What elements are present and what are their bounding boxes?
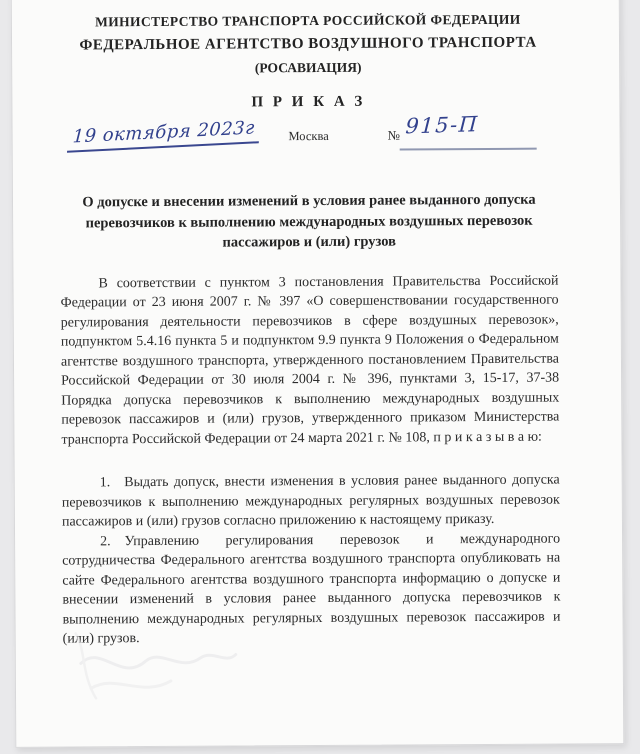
number-sign: № xyxy=(388,127,401,143)
number-underline xyxy=(400,148,537,151)
order-item-2-lead-line: 2. Управлению регулирования перевозок и … xyxy=(62,529,560,552)
date-number-row: 19 октября 2023г Москва № 915-П xyxy=(59,112,557,167)
subject-title: О допуске и внесении изменений в условия… xyxy=(75,190,543,254)
document-scan: МИНИСТЕРСТВО ТРАНСПОРТА РОССИЙСКОЙ ФЕДЕР… xyxy=(0,0,640,754)
preamble-paragraph: В соответствии с пунктом 3 постановления… xyxy=(60,271,559,450)
city-label: Москва xyxy=(60,128,558,146)
faint-stamp xyxy=(60,602,281,723)
document-content: МИНИСТЕРСТВО ТРАНСПОРТА РОССИЙСКОЙ ФЕДЕР… xyxy=(59,0,561,649)
order-item-1: 1. Выдать допуск, внести изменения в усл… xyxy=(62,471,560,533)
order-number-handwritten: 915-П xyxy=(405,112,479,138)
agency-line: ФЕДЕРАЛЬНОЕ АГЕНТСТВО ВОЗДУШНОГО ТРАНСПО… xyxy=(59,35,557,55)
agency-short-line: (РОСАВИАЦИЯ) xyxy=(59,59,557,78)
paper-page: МИНИСТЕРСТВО ТРАНСПОРТА РОССИЙСКОЙ ФЕДЕР… xyxy=(11,0,625,748)
doc-type-title: П Р И К А З xyxy=(59,93,557,113)
ministry-line: МИНИСТЕРСТВО ТРАНСПОРТА РОССИЙСКОЙ ФЕДЕР… xyxy=(59,12,557,31)
